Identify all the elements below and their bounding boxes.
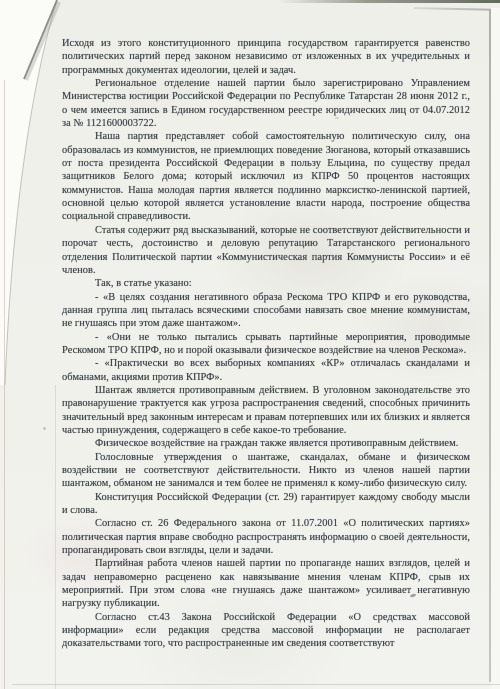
document-text: Исходя из этого конституционного принцип… <box>62 37 470 651</box>
paragraph: Наша партия представляет собой самостоят… <box>62 130 470 223</box>
paragraph: - «Они не только пытались срывать партий… <box>62 331 470 358</box>
scan-left-artifact-line <box>4 80 5 689</box>
paragraph: Статья содержит ряд высказываний, которы… <box>62 224 470 277</box>
scan-speck <box>43 427 46 430</box>
paragraph: Партийная работа членов нашей партии по … <box>62 557 470 610</box>
paragraph: Согласно ст.43 Закона Российской Федерац… <box>62 611 470 651</box>
paragraph: - «В целях создания негативного образа Р… <box>62 291 470 331</box>
scanner-top-shadow <box>278 0 500 3</box>
paragraph: Физическое воздействие на граждан также … <box>62 437 470 450</box>
paragraph: Шантаж является противоправным действием… <box>62 384 470 437</box>
paper-bottom-edge <box>12 684 500 685</box>
paragraph: Голословные утверждения о шантаже, сканд… <box>62 451 470 491</box>
paragraph: Региональное отделение нашей партии было… <box>62 77 470 130</box>
paper-right-edge <box>489 9 491 682</box>
scanner-right-margin <box>491 8 500 689</box>
scanned-page: Исходя из этого конституционного принцип… <box>0 0 500 689</box>
paragraph: Так, в статье указано: <box>62 277 470 290</box>
paragraph: Исходя из этого конституционного принцип… <box>62 37 470 77</box>
paragraph: Согласно ст. 26 Федерального закона от 1… <box>62 517 470 557</box>
paragraph: - «Практически во всех выборных компания… <box>62 357 470 384</box>
paper-crease <box>55 385 56 689</box>
paragraph: Конституция Российской Федерации (ст. 29… <box>62 491 470 518</box>
